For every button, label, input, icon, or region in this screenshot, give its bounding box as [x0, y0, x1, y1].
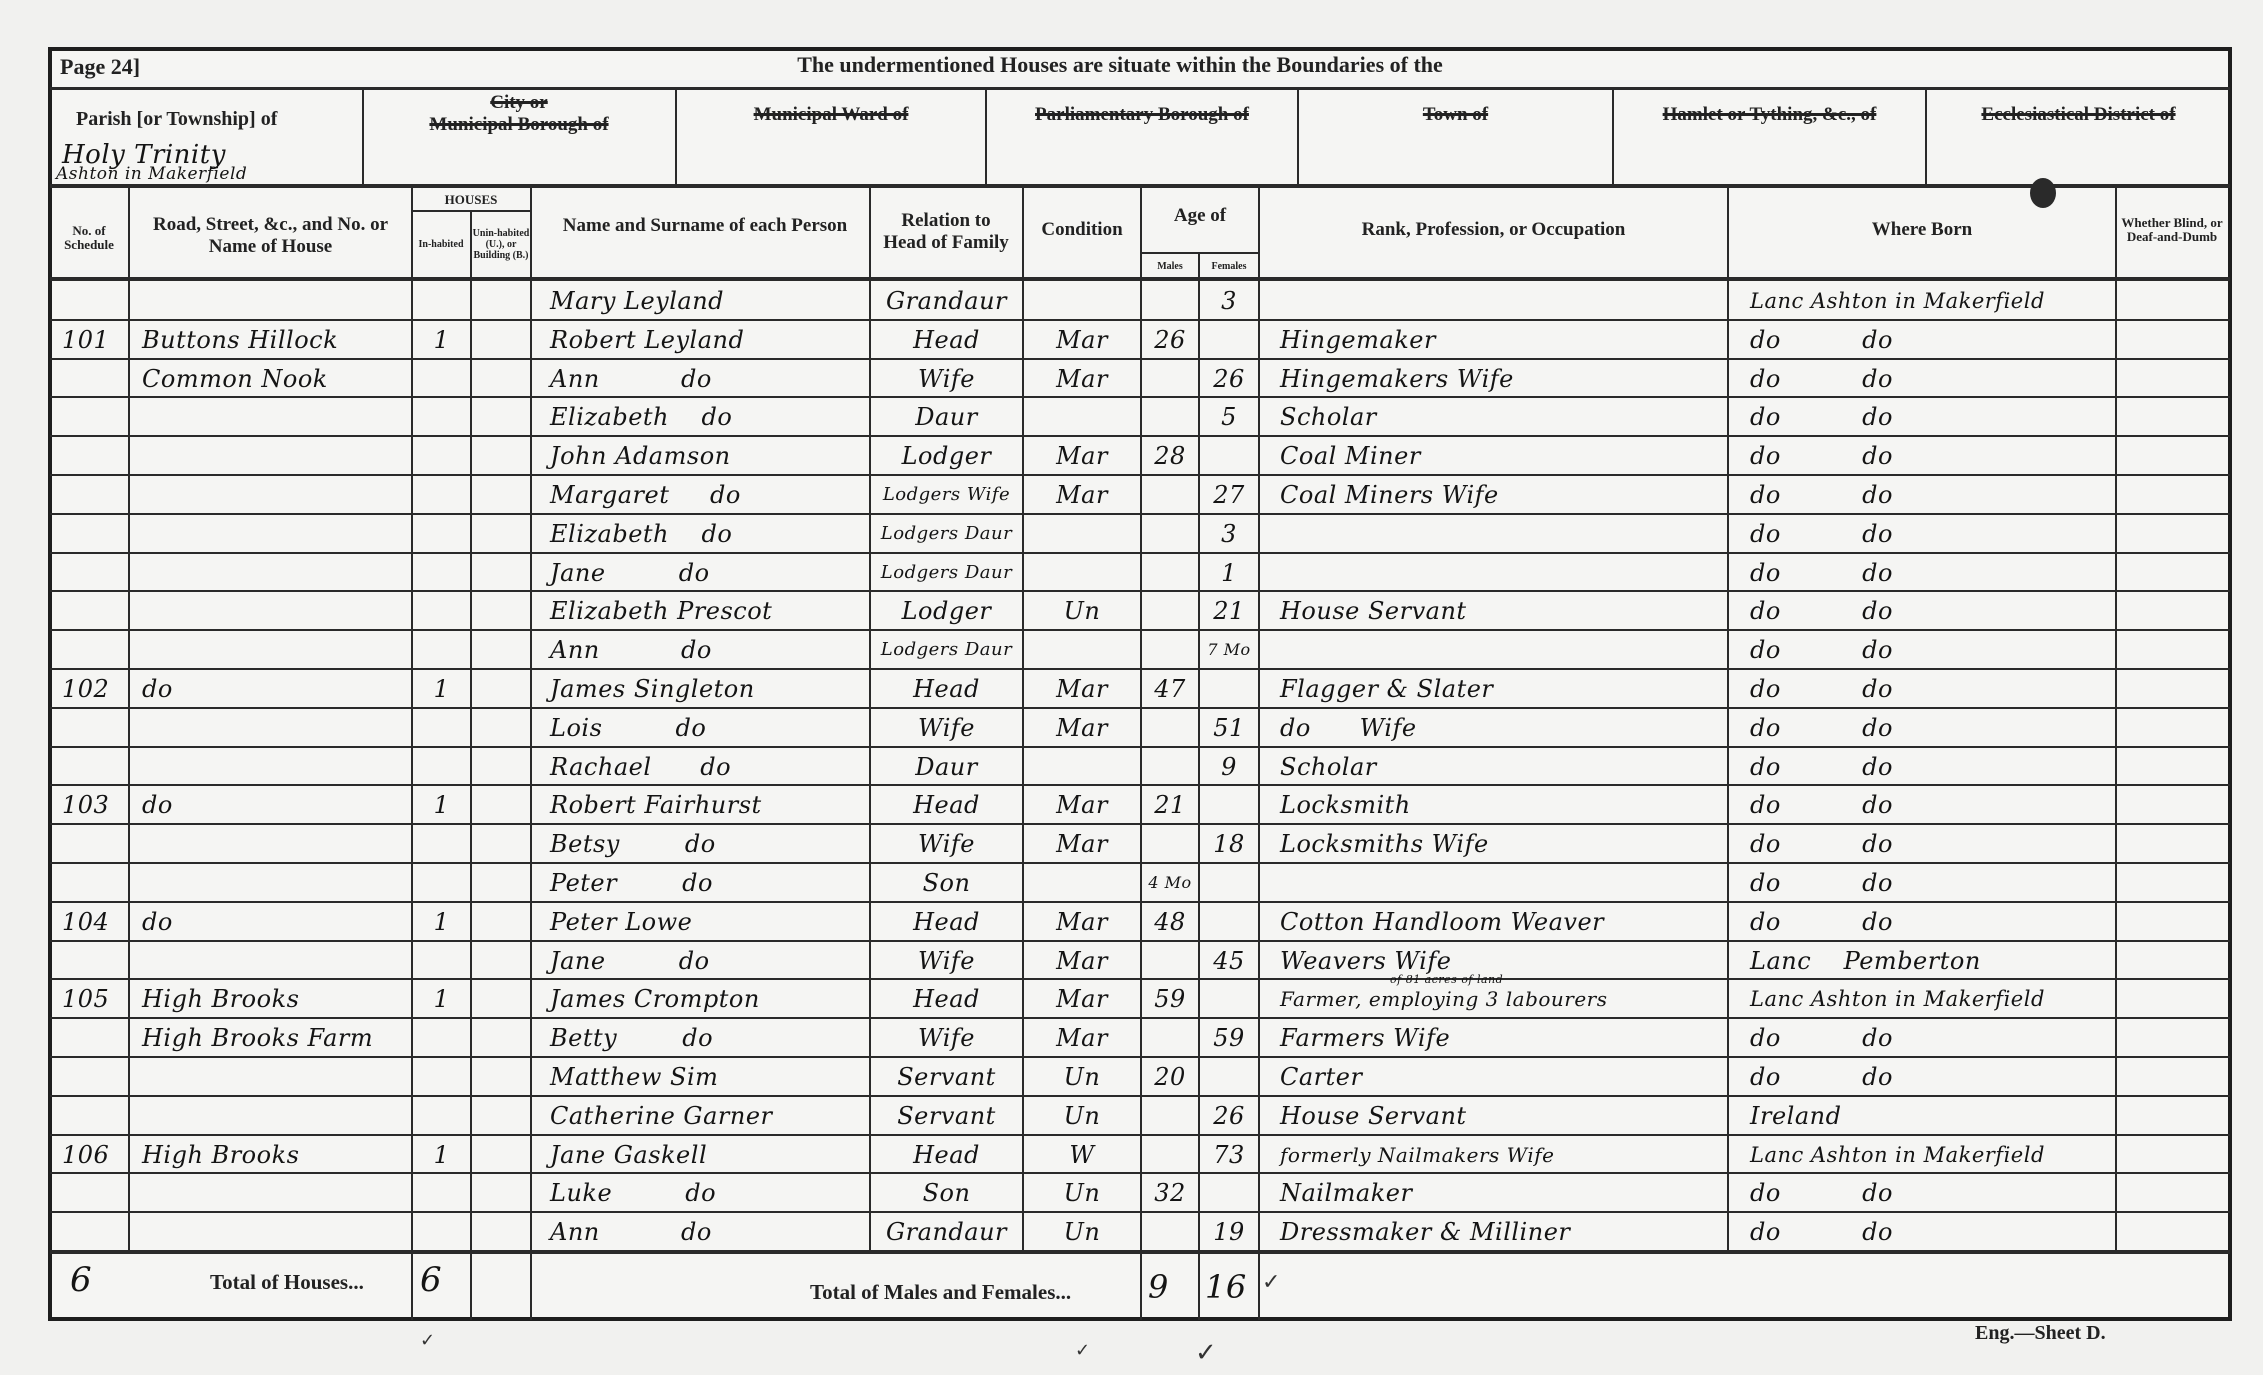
- cell-age-female: 18: [1200, 824, 1258, 863]
- cell-age-male: [1142, 281, 1198, 320]
- col-age: Age of: [1142, 196, 1258, 236]
- cell-inhabited: 1: [413, 785, 470, 824]
- cell-name: Mary Leyland: [540, 281, 869, 320]
- col-blind-deaf: Whether Blind, or Deaf-and-Dumb: [2117, 195, 2227, 265]
- cell-name: Peter Lowe: [540, 902, 869, 941]
- cell-occupation: [1270, 281, 1727, 320]
- cell-where-born: Ireland: [1740, 1096, 2115, 1135]
- cell-name: Ann do: [540, 1212, 869, 1251]
- cell-age-male: [1142, 824, 1198, 863]
- cell-age-male: [1142, 1135, 1198, 1174]
- cell-schedule: [52, 436, 128, 475]
- cell-name: John Adamson: [540, 436, 869, 475]
- cell-schedule: 105: [52, 979, 128, 1018]
- cell-name: Elizabeth Prescot: [540, 591, 869, 630]
- cell-condition: Mar: [1024, 669, 1140, 708]
- col-where-born: Where Born: [1729, 205, 2115, 255]
- cell-schedule: 102: [52, 669, 128, 708]
- cell-road: [132, 1173, 411, 1212]
- cell-schedule: [52, 630, 128, 669]
- cell-condition: [1024, 747, 1140, 786]
- cell-road: [132, 708, 411, 747]
- cell-relation: Head: [871, 320, 1022, 359]
- cell-relation: Son: [871, 863, 1022, 902]
- cell-condition: W: [1024, 1135, 1140, 1174]
- cell-road: [132, 747, 411, 786]
- cell-where-born: do do: [1740, 475, 2115, 514]
- cell-age-male: [1142, 553, 1198, 592]
- cell-schedule: [52, 397, 128, 436]
- cell-where-born: Lanc Ashton in Makerfield: [1740, 1135, 2115, 1174]
- col-schedule: No. of Schedule: [50, 205, 128, 271]
- cell-condition: Un: [1024, 1212, 1140, 1251]
- cell-road: [132, 941, 411, 980]
- cell-schedule: [52, 475, 128, 514]
- cell-where-born: do do: [1740, 708, 2115, 747]
- col-condition: Condition: [1024, 205, 1140, 255]
- parish-label: Parish [or Township] of: [76, 108, 277, 131]
- cell-schedule: [52, 863, 128, 902]
- col-name: Name and Surname of each Person: [560, 200, 850, 252]
- cell-inhabited: [413, 1096, 470, 1135]
- cell-condition: Un: [1024, 1096, 1140, 1135]
- cell-condition: Un: [1024, 1173, 1140, 1212]
- cell-name: Rachael do: [540, 747, 869, 786]
- cell-age-male: 20: [1142, 1057, 1198, 1096]
- total-persons-label: Total of Males and Females...: [810, 1280, 1071, 1305]
- cell-age-male: 28: [1142, 436, 1198, 475]
- cell-schedule: [52, 1212, 128, 1251]
- cell-where-born: do do: [1740, 824, 2115, 863]
- cell-inhabited: 1: [413, 320, 470, 359]
- cell-age-male: 4 Mo: [1142, 863, 1198, 902]
- city-label: City or: [364, 92, 674, 114]
- cell-relation: Lodgers Daur: [871, 553, 1022, 592]
- cell-occupation: Locksmith: [1270, 785, 1727, 824]
- cell-age-female: [1200, 979, 1258, 1018]
- total-houses-label: Total of Houses...: [210, 1270, 364, 1295]
- cell-condition: [1024, 281, 1140, 320]
- cell-relation: Wife: [871, 359, 1022, 398]
- cell-where-born: Lanc Ashton in Makerfield: [1740, 281, 2115, 320]
- total-schedules: 6: [70, 1260, 92, 1300]
- cell-condition: [1024, 630, 1140, 669]
- cell-age-female: [1200, 1173, 1258, 1212]
- cell-where-born: do do: [1740, 1212, 2115, 1251]
- cell-road: [132, 436, 411, 475]
- cell-name: Ann do: [540, 359, 869, 398]
- col-inhabited: In-habited: [412, 214, 470, 274]
- cell-condition: Un: [1024, 591, 1140, 630]
- cell-age-male: [1142, 359, 1198, 398]
- cell-occupation: [1270, 553, 1727, 592]
- cell-condition: Mar: [1024, 941, 1140, 980]
- cell-age-male: 26: [1142, 320, 1198, 359]
- cell-name: Ann do: [540, 630, 869, 669]
- cell-occupation: Flagger & Slater: [1270, 669, 1727, 708]
- cell-schedule: [52, 941, 128, 980]
- cell-schedule: [52, 708, 128, 747]
- cell-where-born: do do: [1740, 863, 2115, 902]
- cell-schedule: [52, 514, 128, 553]
- cell-age-male: [1142, 514, 1198, 553]
- cell-schedule: 104: [52, 902, 128, 941]
- cell-inhabited: [413, 281, 470, 320]
- cell-inhabited: [413, 397, 470, 436]
- cell-road: High Brooks: [132, 1135, 411, 1174]
- cell-age-female: 27: [1200, 475, 1258, 514]
- cell-schedule: [52, 359, 128, 398]
- cell-road: [132, 1212, 411, 1251]
- cell-occupation: Cotton Handloom Weaver: [1270, 902, 1727, 941]
- cell-age-female: 21: [1200, 591, 1258, 630]
- cell-occupation: Coal Miner: [1270, 436, 1727, 475]
- cell-road: do: [132, 902, 411, 941]
- cell-name: Elizabeth do: [540, 514, 869, 553]
- cell-name: Elizabeth do: [540, 397, 869, 436]
- cell-inhabited: [413, 708, 470, 747]
- cell-condition: [1024, 514, 1140, 553]
- cell-relation: Lodger: [871, 591, 1022, 630]
- cell-road: [132, 475, 411, 514]
- cell-inhabited: [413, 1212, 470, 1251]
- cell-relation: Wife: [871, 708, 1022, 747]
- cell-where-born: do do: [1740, 630, 2115, 669]
- cell-occupation: Carter: [1270, 1057, 1727, 1096]
- cell-occupation: do Wife: [1270, 708, 1727, 747]
- cell-occupation: House Servant: [1270, 591, 1727, 630]
- cell-occupation: Hingemakers Wife: [1270, 359, 1727, 398]
- cell-road: [132, 1057, 411, 1096]
- cell-occupation: Hingemaker: [1270, 320, 1727, 359]
- cell-age-male: [1142, 1018, 1198, 1057]
- cell-road: [132, 630, 411, 669]
- cell-where-born: do do: [1740, 553, 2115, 592]
- cell-age-female: [1200, 436, 1258, 475]
- cell-road: Common Nook: [132, 359, 411, 398]
- parish-value-line2: Ashton in Makerfield: [56, 164, 247, 184]
- cell-age-female: 73: [1200, 1135, 1258, 1174]
- municipal-ward-label: Municipal Ward of: [677, 104, 985, 126]
- cell-road: [132, 1096, 411, 1135]
- total-houses-inhabited: 6: [420, 1260, 442, 1300]
- cell-age-male: [1142, 397, 1198, 436]
- cell-name: Peter do: [540, 863, 869, 902]
- cell-occupation: Nailmaker: [1270, 1173, 1727, 1212]
- cell-age-female: [1200, 902, 1258, 941]
- cell-road: [132, 863, 411, 902]
- cell-age-female: [1200, 863, 1258, 902]
- cell-inhabited: 1: [413, 669, 470, 708]
- cell-age-male: [1142, 475, 1198, 514]
- cell-age-female: [1200, 669, 1258, 708]
- cell-age-female: 5: [1200, 397, 1258, 436]
- ink-blot: [2030, 178, 2056, 208]
- cell-relation: Head: [871, 785, 1022, 824]
- cell-where-born: do do: [1740, 397, 2115, 436]
- cell-inhabited: [413, 1057, 470, 1096]
- cell-age-female: 7 Mo: [1200, 630, 1258, 669]
- cell-age-male: 48: [1142, 902, 1198, 941]
- cell-name: Robert Leyland: [540, 320, 869, 359]
- cell-relation: Head: [871, 669, 1022, 708]
- cell-inhabited: 1: [413, 902, 470, 941]
- cell-inhabited: [413, 553, 470, 592]
- page-number: Page 24]: [60, 54, 140, 80]
- cell-age-female: 1: [1200, 553, 1258, 592]
- cell-name: Robert Fairhurst: [540, 785, 869, 824]
- cell-name: Jane do: [540, 941, 869, 980]
- cell-inhabited: [413, 1173, 470, 1212]
- col-males: Males: [1142, 256, 1198, 276]
- parliamentary-borough-label: Parliamentary Borough of: [987, 104, 1297, 126]
- ecclesiastical-district-label: Ecclesiastical District of: [1927, 104, 2230, 126]
- cell-relation: Wife: [871, 824, 1022, 863]
- col-occupation: Rank, Profession, or Occupation: [1260, 205, 1727, 255]
- cell-age-female: 45: [1200, 941, 1258, 980]
- cell-where-born: do do: [1740, 902, 2115, 941]
- cell-occupation: formerly Nailmakers Wife: [1270, 1135, 1727, 1174]
- cell-relation: Daur: [871, 397, 1022, 436]
- cell-relation: Grandaur: [871, 281, 1022, 320]
- cell-inhabited: [413, 475, 470, 514]
- cell-road: [132, 281, 411, 320]
- cell-relation: Head: [871, 902, 1022, 941]
- cell-name: Jane do: [540, 553, 869, 592]
- cell-schedule: 101: [52, 320, 128, 359]
- cell-inhabited: [413, 863, 470, 902]
- cell-road: [132, 824, 411, 863]
- cell-schedule: [52, 281, 128, 320]
- cell-age-male: [1142, 1096, 1198, 1135]
- cell-occupation: [1270, 863, 1727, 902]
- cell-where-born: do do: [1740, 1018, 2115, 1057]
- cell-inhabited: [413, 359, 470, 398]
- cell-relation: Daur: [871, 747, 1022, 786]
- cell-road: High Brooks: [132, 979, 411, 1018]
- cell-relation: Wife: [871, 1018, 1022, 1057]
- cell-relation: Lodgers Wife: [871, 475, 1022, 514]
- cell-name: James Crompton: [540, 979, 869, 1018]
- cell-road: Buttons Hillock: [132, 320, 411, 359]
- cell-occupation: Locksmiths Wife: [1270, 824, 1727, 863]
- cell-relation: Servant: [871, 1057, 1022, 1096]
- cell-age-male: [1142, 591, 1198, 630]
- cell-age-female: 26: [1200, 359, 1258, 398]
- cell-where-born: do do: [1740, 436, 2115, 475]
- town-label: Town of: [1299, 104, 1612, 126]
- check-mark: ✓: [1262, 1270, 1280, 1295]
- cell-relation: Head: [871, 1135, 1022, 1174]
- cell-name: Margaret do: [540, 475, 869, 514]
- cell-schedule: [52, 1096, 128, 1135]
- cell-relation: Lodgers Daur: [871, 630, 1022, 669]
- cell-condition: Mar: [1024, 436, 1140, 475]
- cell-occupation: [1270, 630, 1727, 669]
- check-mark: ✓: [1195, 1338, 1217, 1368]
- check-mark: ✓: [420, 1330, 435, 1351]
- cell-age-male: [1142, 747, 1198, 786]
- cell-inhabited: 1: [413, 1135, 470, 1174]
- cell-occupation: Scholar: [1270, 747, 1727, 786]
- cell-age-male: [1142, 630, 1198, 669]
- cell-name: Luke do: [540, 1173, 869, 1212]
- cell-where-born: Lanc Pemberton: [1740, 941, 2115, 980]
- cell-schedule: [52, 747, 128, 786]
- cell-name: Betsy do: [540, 824, 869, 863]
- cell-where-born: do do: [1740, 514, 2115, 553]
- cell-where-born: do do: [1740, 320, 2115, 359]
- col-relation: Relation to Head of Family: [880, 192, 1012, 272]
- cell-where-born: do do: [1740, 669, 2115, 708]
- cell-condition: [1024, 863, 1140, 902]
- cell-age-female: 3: [1200, 514, 1258, 553]
- cell-inhabited: [413, 824, 470, 863]
- cell-schedule: [52, 553, 128, 592]
- cell-age-female: 26: [1200, 1096, 1258, 1135]
- cell-inhabited: [413, 630, 470, 669]
- cell-occupation: Farmers Wife: [1270, 1018, 1727, 1057]
- cell-condition: [1024, 553, 1140, 592]
- cell-relation: Grandaur: [871, 1212, 1022, 1251]
- cell-inhabited: 1: [413, 979, 470, 1018]
- cell-schedule: [52, 1057, 128, 1096]
- cell-age-female: [1200, 785, 1258, 824]
- cell-condition: Mar: [1024, 979, 1140, 1018]
- cell-road: [132, 591, 411, 630]
- cell-age-male: 21: [1142, 785, 1198, 824]
- cell-relation: Head: [871, 979, 1022, 1018]
- hamlet-label: Hamlet or Tything, &c., of: [1614, 104, 1925, 126]
- cell-condition: Mar: [1024, 785, 1140, 824]
- municipal-borough-label: Municipal Borough of: [364, 114, 674, 136]
- cell-inhabited: [413, 1018, 470, 1057]
- cell-condition: Mar: [1024, 1018, 1140, 1057]
- occupation-note: of 81 acres of land: [1390, 973, 1503, 986]
- cell-inhabited: [413, 591, 470, 630]
- cell-age-female: 3: [1200, 281, 1258, 320]
- cell-where-born: do do: [1740, 359, 2115, 398]
- col-houses: HOUSES: [412, 190, 530, 210]
- cell-age-male: 32: [1142, 1173, 1198, 1212]
- cell-where-born: do do: [1740, 1173, 2115, 1212]
- sheet-footer: Eng.—Sheet D.: [1975, 1322, 2106, 1345]
- total-males: 9: [1148, 1268, 1169, 1306]
- cell-road: [132, 397, 411, 436]
- cell-condition: Un: [1024, 1057, 1140, 1096]
- cell-condition: Mar: [1024, 359, 1140, 398]
- cell-occupation: Dressmaker & Milliner: [1270, 1212, 1727, 1251]
- col-females: Females: [1200, 256, 1258, 276]
- cell-relation: Wife: [871, 941, 1022, 980]
- cell-name: James Singleton: [540, 669, 869, 708]
- cell-name: Lois do: [540, 708, 869, 747]
- cell-inhabited: [413, 514, 470, 553]
- cell-schedule: [52, 591, 128, 630]
- cell-where-born: do do: [1740, 1057, 2115, 1096]
- cell-schedule: [52, 824, 128, 863]
- cell-age-female: [1200, 320, 1258, 359]
- cell-age-male: [1142, 1212, 1198, 1251]
- cell-age-female: 59: [1200, 1018, 1258, 1057]
- cell-condition: [1024, 397, 1140, 436]
- cell-where-born: do do: [1740, 785, 2115, 824]
- banner-heading: The undermentioned Houses are situate wi…: [420, 52, 1820, 78]
- cell-condition: Mar: [1024, 824, 1140, 863]
- cell-where-born: do do: [1740, 747, 2115, 786]
- cell-where-born: do do: [1740, 591, 2115, 630]
- cell-occupation: House Servant: [1270, 1096, 1727, 1135]
- cell-road: High Brooks Farm: [132, 1018, 411, 1057]
- cell-name: Jane Gaskell: [540, 1135, 869, 1174]
- cell-age-male: 47: [1142, 669, 1198, 708]
- cell-occupation: Coal Miners Wife: [1270, 475, 1727, 514]
- cell-where-born: Lanc Ashton in Makerfield: [1740, 979, 2115, 1018]
- cell-age-male: 59: [1142, 979, 1198, 1018]
- cell-occupation: [1270, 514, 1727, 553]
- check-mark: ✓: [1075, 1340, 1090, 1361]
- cell-road: [132, 553, 411, 592]
- cell-schedule: [52, 1018, 128, 1057]
- cell-name: Betty do: [540, 1018, 869, 1057]
- cell-age-male: [1142, 708, 1198, 747]
- cell-road: [132, 514, 411, 553]
- cell-inhabited: [413, 941, 470, 980]
- cell-relation: Lodgers Daur: [871, 514, 1022, 553]
- cell-age-female: 19: [1200, 1212, 1258, 1251]
- cell-name: Matthew Sim: [540, 1057, 869, 1096]
- cell-relation: Lodger: [871, 436, 1022, 475]
- cell-condition: Mar: [1024, 475, 1140, 514]
- cell-age-female: [1200, 1057, 1258, 1096]
- cell-occupation: Scholar: [1270, 397, 1727, 436]
- cell-condition: Mar: [1024, 320, 1140, 359]
- cell-road: do: [132, 785, 411, 824]
- cell-relation: Servant: [871, 1096, 1022, 1135]
- cell-inhabited: [413, 436, 470, 475]
- cell-road: do: [132, 669, 411, 708]
- cell-condition: Mar: [1024, 902, 1140, 941]
- col-road: Road, Street, &c., and No. or Name of Ho…: [130, 196, 411, 276]
- cell-inhabited: [413, 747, 470, 786]
- cell-age-male: [1142, 941, 1198, 980]
- cell-schedule: 106: [52, 1135, 128, 1174]
- cell-name: Catherine Garner: [540, 1096, 869, 1135]
- total-females: 16: [1205, 1268, 1247, 1306]
- cell-age-female: 9: [1200, 747, 1258, 786]
- cell-relation: Son: [871, 1173, 1022, 1212]
- cell-schedule: 103: [52, 785, 128, 824]
- cell-schedule: [52, 1173, 128, 1212]
- col-uninhabited: Unin-habited (U.), or Building (B.): [472, 214, 530, 274]
- cell-condition: Mar: [1024, 708, 1140, 747]
- cell-age-female: 51: [1200, 708, 1258, 747]
